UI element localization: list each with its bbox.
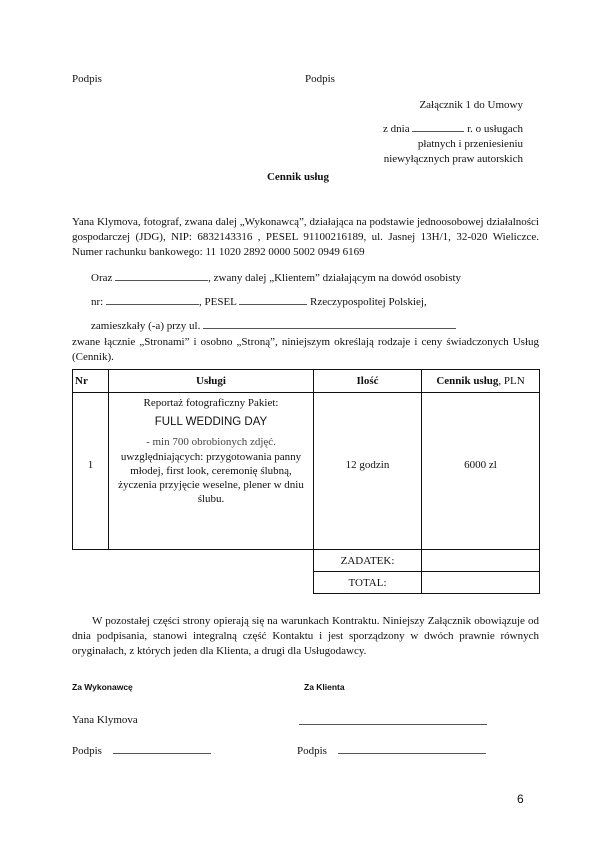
zadatek-row: ZADATEK: <box>73 550 540 572</box>
header-nr: Nr <box>73 370 109 393</box>
client-heading: Za Klienta <box>304 682 345 692</box>
annex-date-block: z dnia r. o usługach płatnych i przenies… <box>383 121 523 167</box>
date-blank-field[interactable] <box>412 121 464 132</box>
contractor-paragraph: Yana Klymova, fotograf, zwana dalej „Wyk… <box>72 215 539 260</box>
client-name-blank[interactable] <box>115 270 208 281</box>
row-service: Reportaż fotograficzny Pakiet: FULL WEDD… <box>109 393 314 550</box>
total-spacer <box>73 572 314 594</box>
client-sign-label: Podpis <box>297 745 327 757</box>
zadatek-spacer <box>73 550 314 572</box>
client-line-1: Oraz , zwany dalej „Klientem” działający… <box>91 270 461 284</box>
client-line-2: nr: , PESEL Rzeczypospolitej Polskiej, <box>91 294 427 308</box>
contractor-signature-blank[interactable] <box>113 743 211 754</box>
page-number: 6 <box>517 792 524 806</box>
top-signature-right: Podpis <box>305 73 335 85</box>
header-cennik-label: Cennik usług <box>436 375 498 387</box>
annex-title: Załącznik 1 do Umowy <box>419 99 523 111</box>
total-value[interactable] <box>422 572 540 594</box>
client-pesel-blank[interactable] <box>239 294 307 305</box>
service-details: uwzględniających: przygotowania panny mł… <box>109 450 313 506</box>
header-cennik-unit: , PLN <box>498 375 524 387</box>
service-package: FULL WEDDING DAY <box>109 415 313 429</box>
client-address-blank[interactable] <box>203 318 456 329</box>
parties-paragraph: zwane łącznie „Stronami” i osobno „Stron… <box>72 335 539 365</box>
total-row: TOTAL: <box>73 572 540 594</box>
annex-date-suffix: r. o usługach <box>467 123 523 135</box>
row-ilosc: 12 godzin <box>314 393 422 550</box>
client-line1-suffix: , zwany dalej „Klientem” działającym na … <box>208 272 461 284</box>
total-label: TOTAL: <box>314 572 422 594</box>
client-pesel-label: , PESEL <box>199 296 237 308</box>
header-ilosc: Ilość <box>314 370 422 393</box>
top-signature-left: Podpis <box>72 73 102 85</box>
client-line-3: zamieszkały (-a) przy ul. <box>91 318 456 332</box>
zadatek-label: ZADATEK: <box>314 550 422 572</box>
zadatek-value[interactable] <box>422 550 540 572</box>
service-photo-count: - min 700 obrobionych zdjęć. <box>109 435 313 449</box>
client-country: Rzeczypospolitej Polskiej, <box>310 296 427 308</box>
client-line1-prefix: Oraz <box>91 272 112 284</box>
client-address-label: zamieszkały (-a) przy ul. <box>91 320 200 332</box>
service-line-1: Reportaż fotograficzny Pakiet: <box>109 396 313 410</box>
client-id-label: nr: <box>91 296 103 308</box>
contractor-heading: Za Wykonawcę <box>72 682 133 692</box>
contractor-sign-label: Podpis <box>72 745 102 757</box>
client-signature-blank[interactable] <box>338 743 486 754</box>
table-header-row: Nr Usługi Ilość Cennik usług, PLN <box>73 370 540 393</box>
row-cena: 6000 zl <box>422 393 540 550</box>
header-cennik: Cennik usług, PLN <box>422 370 540 393</box>
row-nr: 1 <box>73 393 109 550</box>
header-uslugi: Usługi <box>109 370 314 393</box>
contractor-name: Yana Klymova <box>72 714 138 726</box>
client-name-signature-blank[interactable] <box>299 714 487 725</box>
table-row: 1 Reportaż fotograficzny Pakiet: FULL WE… <box>73 393 540 550</box>
contractor-signature-line: Podpis <box>72 743 211 757</box>
annex-date-line: z dnia r. o usługach <box>383 121 523 137</box>
page-title: Cennik usług <box>0 171 596 183</box>
client-signature-line: Podpis <box>297 743 486 757</box>
client-name-field <box>299 714 487 728</box>
price-table: Nr Usługi Ilość Cennik usług, PLN 1 Repo… <box>72 369 540 594</box>
closing-paragraph: W pozostałej części strony opierają się … <box>72 614 539 659</box>
client-id-blank[interactable] <box>106 294 199 305</box>
annex-line-3: niewyłącznych praw autorskich <box>383 152 523 167</box>
annex-line-2: płatnych i przeniesieniu <box>383 137 523 152</box>
annex-date-prefix: z dnia <box>383 123 410 135</box>
